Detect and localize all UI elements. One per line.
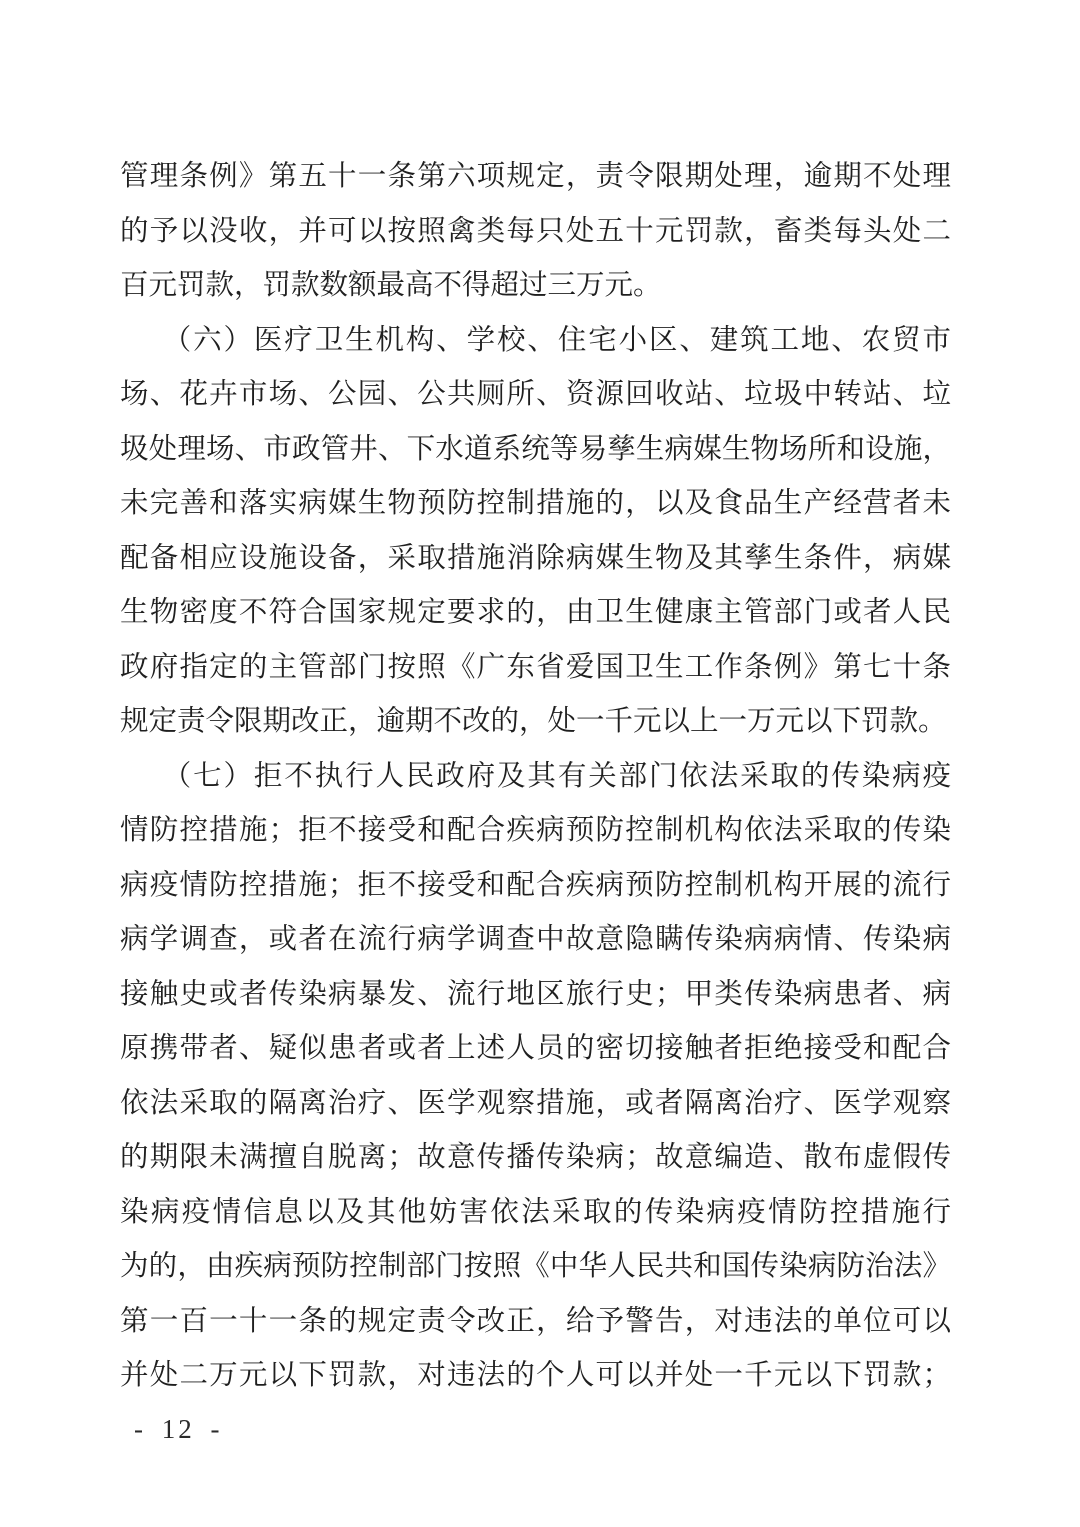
text-line: 第一百一十一条的规定责令改正，给予警告，对违法的单位可以 bbox=[120, 1295, 951, 1350]
text-line: 病疫情防控措施；拒不接受和配合疾病预防控制机构开展的流行 bbox=[120, 859, 951, 914]
text-line: 的期限未满擅自脱离；故意传播传染病；故意编造、散布虚假传 bbox=[120, 1131, 951, 1186]
text-line-item-seven-start: （七）拒不执行人民政府及其有关部门依法采取的传染病疫 bbox=[120, 750, 951, 805]
text-line: 情防控措施；拒不接受和配合疾病预防控制机构依法采取的传染 bbox=[120, 804, 951, 859]
text-line-item-six-start: （六）医疗卫生机构、学校、住宅小区、建筑工地、农贸市 bbox=[120, 314, 951, 369]
text-line: 染病疫情信息以及其他妨害依法采取的传染病疫情防控措施行 bbox=[120, 1186, 951, 1241]
text-line: 并处二万元以下罚款，对违法的个人可以并处一千元以下罚款； bbox=[120, 1349, 951, 1404]
text-line: 场、花卉市场、公园、公共厕所、资源回收站、垃圾中转站、垃 bbox=[120, 368, 951, 423]
text-content: 管理条例》第五十一条第六项规定，责令限期处理，逾期不处理 的予以没收，并可以按照… bbox=[120, 150, 951, 1404]
text-line: 的予以没收，并可以按照禽类每只处五十元罚款，畜类每头处二 bbox=[120, 205, 951, 260]
page-number: - 12 - bbox=[134, 1412, 222, 1446]
text-line: 圾处理场、市政管井、下水道系统等易孳生病媒生物场所和设施， bbox=[120, 423, 951, 478]
text-line: 接触史或者传染病暴发、流行地区旅行史；甲类传染病患者、病 bbox=[120, 968, 951, 1023]
document-page: 管理条例》第五十一条第六项规定，责令限期处理，逾期不处理 的予以没收，并可以按照… bbox=[0, 0, 1080, 1527]
text-line: 规定责令限期改正，逾期不改的，处一千元以上一万元以下罚款。 bbox=[120, 695, 951, 750]
text-line: 配备相应设施设备，采取措施消除病媒生物及其孳生条件，病媒 bbox=[120, 532, 951, 587]
text-line: 百元罚款，罚款数额最高不得超过三万元。 bbox=[120, 259, 951, 314]
text-line: 病学调查，或者在流行病学调查中故意隐瞒传染病病情、传染病 bbox=[120, 913, 951, 968]
text-line: 生物密度不符合国家规定要求的，由卫生健康主管部门或者人民 bbox=[120, 586, 951, 641]
text-line: 依法采取的隔离治疗、医学观察措施，或者隔离治疗、医学观察 bbox=[120, 1077, 951, 1132]
text-line: 未完善和落实病媒生物预防控制措施的，以及食品生产经营者未 bbox=[120, 477, 951, 532]
text-line: 管理条例》第五十一条第六项规定，责令限期处理，逾期不处理 bbox=[120, 150, 951, 205]
text-line: 原携带者、疑似患者或者上述人员的密切接触者拒绝接受和配合 bbox=[120, 1022, 951, 1077]
text-line: 政府指定的主管部门按照《广东省爱国卫生工作条例》第七十条 bbox=[120, 641, 951, 696]
text-line: 为的，由疾病预防控制部门按照《中华人民共和国传染病防治法》 bbox=[120, 1240, 951, 1295]
